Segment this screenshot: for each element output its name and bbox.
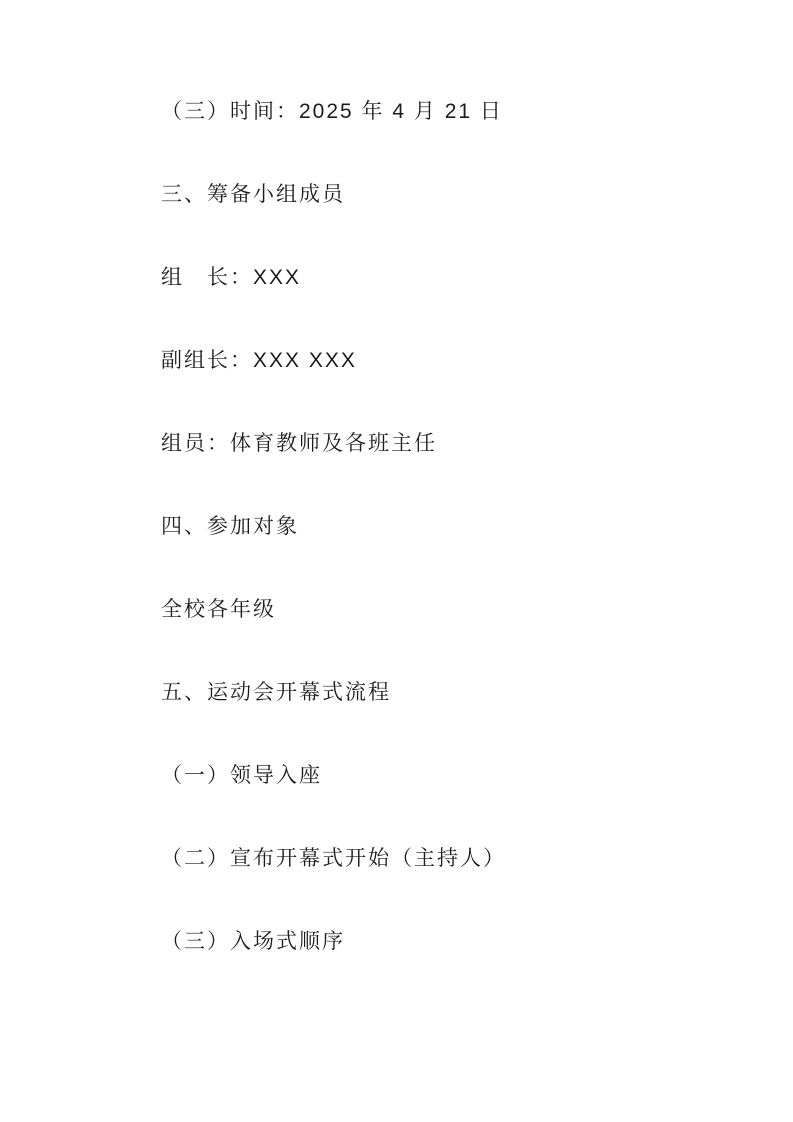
paragraph-announce-opening: （二）宣布开幕式开始（主持人） (161, 842, 733, 876)
document-page: （三）时间：2025 年 4 月 21 日 三、筹备小组成员 组 长：XXX 副… (0, 0, 793, 1122)
heading-opening-ceremony-flow: 五、运动会开幕式流程 (161, 676, 733, 710)
paragraph-deputy-leaders: 副组长：XXX XXX (161, 344, 733, 378)
heading-preparation-group: 三、筹备小组成员 (161, 178, 733, 212)
paragraph-event-time: （三）时间：2025 年 4 月 21 日 (161, 95, 733, 129)
heading-participants: 四、参加对象 (161, 510, 733, 544)
paragraph-leaders-seated: （一）领导入座 (161, 759, 733, 793)
paragraph-group-leader: 组 长：XXX (161, 261, 733, 295)
paragraph-entrance-order: （三）入场式顺序 (161, 925, 733, 959)
paragraph-participants-scope: 全校各年级 (161, 593, 733, 627)
paragraph-group-members: 组员：体育教师及各班主任 (161, 427, 733, 461)
